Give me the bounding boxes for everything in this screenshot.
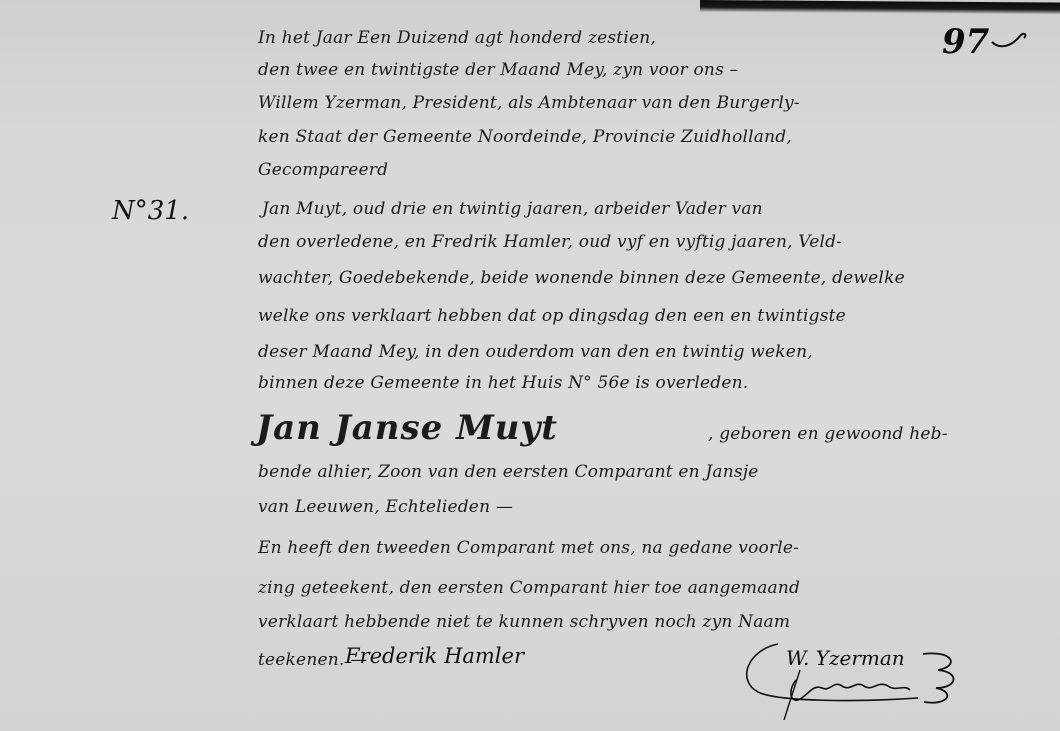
record-line-1: In het Jaar Een Duizend agt honderd zest… (258, 28, 656, 48)
record-line-11: binnen deze Gemeente in het Huis N° 56e … (258, 373, 748, 393)
scan-edge-shadow (700, 0, 1060, 15)
record-line-13: bende alhier, Zoon van den eersten Compa… (258, 462, 759, 482)
record-line-4: ken Staat der Gemeente Noordeinde, Provi… (258, 127, 792, 147)
record-number: N°31. (112, 196, 189, 226)
witness-signature: Frederik Hamler (345, 644, 524, 668)
record-line-8: wachter, Goedebekende, beide wonende bin… (258, 268, 905, 288)
official-signature: W. Yzerman (738, 640, 968, 720)
deceased-name: Jan Janse Muyt (256, 408, 558, 448)
record-line-9: welke ons verklaart hebben dat op dingsd… (258, 306, 846, 326)
record-line-17: verklaart hebbende niet te kunnen schryv… (258, 612, 790, 632)
record-line-7: den overledene, en Fredrik Hamler, oud v… (258, 232, 842, 252)
record-line-15: En heeft den tweeden Comparant met ons, … (258, 538, 799, 558)
official-signature-name: W. Yzerman (786, 646, 905, 670)
record-line-6: Jan Muyt, oud drie en twintig jaaren, ar… (262, 199, 763, 219)
record-line-10: deser Maand Mey, in den ouderdom van den… (258, 342, 813, 362)
record-line-12: , geboren en gewoond heb- (708, 424, 948, 444)
record-line-2: den twee en twintigste der Maand Mey, zy… (258, 60, 738, 80)
document-page: 97 N°31. In het Jaar Een Duizend agt hon… (0, 0, 1060, 731)
folio-flourish-icon (990, 24, 1030, 54)
record-line-5: Gecompareerd (258, 160, 388, 180)
record-line-3: Willem Yzerman, President, als Ambtenaar… (258, 93, 800, 113)
record-line-14: van Leeuwen, Echtelieden — (258, 497, 513, 517)
folio-number: 97 (942, 22, 989, 62)
record-line-16: zing geteekent, den eersten Comparant hi… (258, 578, 800, 598)
